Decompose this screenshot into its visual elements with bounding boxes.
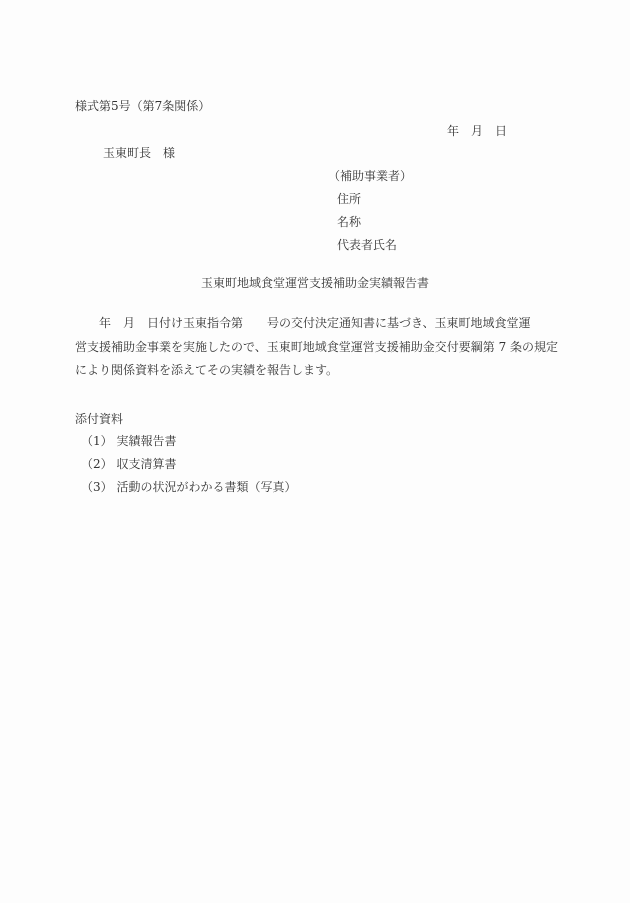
attachments-list: （1） 実績報告書 （2） 収支清算書 （3） 活動の状況がわかる書類（写真） xyxy=(81,430,296,499)
attachment-item: （2） 収支清算書 xyxy=(81,453,296,476)
attachments-heading: 添付資料 xyxy=(75,411,123,427)
document-title: 玉東町地域食堂運営支援補助金実績報告書 xyxy=(0,275,630,291)
attachment-item: （1） 実績報告書 xyxy=(81,430,296,453)
body-line: 営支援補助金事業を実施したので、玉東町地域食堂運営支援補助金交付要綱第 7 条の… xyxy=(75,336,561,360)
form-number: 様式第5号（第7条関係） xyxy=(75,98,210,114)
applicant-label: （補助事業者） xyxy=(328,168,412,184)
body-line: 年 月 日付け玉東指令第 号の交付決定通知書に基づき、玉東町地域食堂運 xyxy=(75,312,561,336)
body-line: により関係資料を添えてその実績を報告します。 xyxy=(75,359,561,383)
document-page: 様式第5号（第7条関係） 年 月 日 玉東町長 様 （補助事業者） 住所 名称 … xyxy=(0,0,630,903)
address-label: 住所 xyxy=(337,191,361,207)
attachment-item: （3） 活動の状況がわかる書類（写真） xyxy=(81,476,296,499)
name-label: 名称 xyxy=(337,214,361,230)
representative-label: 代表者氏名 xyxy=(337,237,397,253)
body-paragraph: 年 月 日付け玉東指令第 号の交付決定通知書に基づき、玉東町地域食堂運 営支援補… xyxy=(75,312,561,383)
addressee: 玉東町長 様 xyxy=(103,145,175,161)
date-line: 年 月 日 xyxy=(447,123,507,139)
